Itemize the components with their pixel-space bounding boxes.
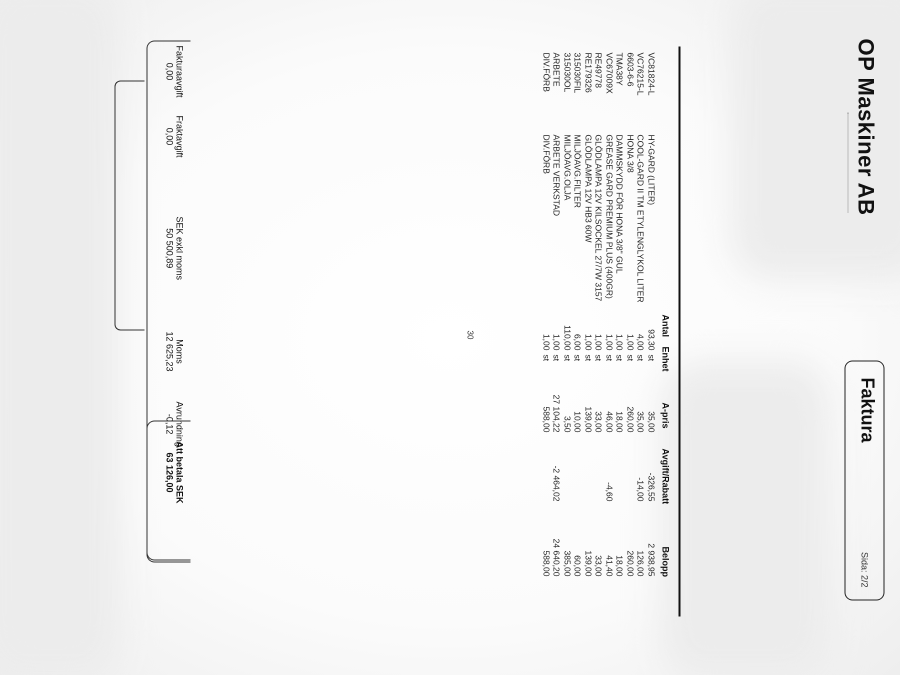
table-row: DIV.FÖRBDIV.FÖRB1,00st588,00588,00 xyxy=(541,46,552,616)
table-row: TMA38YDAMMSKYDD FÖR HONA 3/8" GUL1,00st1… xyxy=(614,46,625,616)
item-unit-price: 46,00 xyxy=(604,376,614,432)
table-row: VC81824-LHY-GARD (LITER)93,30st35,00-326… xyxy=(646,46,657,616)
to-pay-value: 63 126,00 xyxy=(164,441,174,503)
article-number: DIV.FÖRB xyxy=(541,52,551,91)
item-quantity: 110,00 xyxy=(562,294,572,350)
item-amount: 2 938,95 xyxy=(646,516,656,576)
item-amount: 24 640,20 xyxy=(552,516,562,576)
item-unit-price: 18,00 xyxy=(615,376,625,432)
item-unit: st xyxy=(615,354,625,361)
item-quantity: 1,00 xyxy=(615,294,625,350)
article-number: RE49778 xyxy=(594,52,604,87)
excl-vat-value: 50 500,89 xyxy=(164,216,174,280)
item-description: HONA 3/8 xyxy=(625,134,635,172)
item-description: MILJÖAVG.OLJA xyxy=(562,134,572,200)
item-description: DIV.FÖRB xyxy=(541,134,551,173)
item-discount: -326,55 xyxy=(646,441,656,501)
total-vat: Moms 12 625,23 xyxy=(164,331,184,371)
item-amount: 41,40 xyxy=(604,516,614,576)
item-amount: 60,00 xyxy=(573,516,583,576)
invoice-fee-value: 0,00 xyxy=(164,45,174,97)
table-row: 315030FILMILJÖAVG.FILTER6,00st10,0060,00 xyxy=(572,46,583,616)
item-unit: st xyxy=(573,354,583,361)
vat-value: 12 625,23 xyxy=(164,331,174,371)
column-header-unit-price: A-pris xyxy=(660,402,670,428)
total-freight-fee: Fraktavgift 0,00 xyxy=(164,115,184,157)
item-quantity: 93,30 xyxy=(646,294,656,350)
freight-fee-value: 0,00 xyxy=(164,115,174,157)
article-number: VC67009X xyxy=(604,52,614,93)
item-description: HY-GARD (LITER) xyxy=(646,134,656,205)
amount-to-pay-box: Att betala SEK 63 126,00 xyxy=(146,420,190,562)
document-title: Faktura xyxy=(856,377,877,442)
item-discount: -4,60 xyxy=(604,441,614,501)
payment-info-box xyxy=(114,80,144,330)
item-unit: st xyxy=(625,354,635,361)
item-description: GLÖDLAMPA 12V KILSOCKEL 27/7W 3157 xyxy=(594,134,604,301)
article-number: 6603-6-6 xyxy=(625,52,635,86)
table-rows: VC81824-LHY-GARD (LITER)93,30st35,00-326… xyxy=(541,46,657,616)
item-unit-price: 27 104,22 xyxy=(552,376,562,432)
item-quantity: 1,00 xyxy=(552,294,562,350)
item-unit-price: 35,00 xyxy=(646,376,656,432)
item-unit-price: 33,00 xyxy=(594,376,604,432)
table-row: ARBETEARBETE VERKSTAD1,00st27 104,22-2 4… xyxy=(551,46,562,616)
item-unit-price: 260,00 xyxy=(625,376,635,432)
item-quantity: 6,00 xyxy=(573,294,583,350)
item-amount: 126,00 xyxy=(636,516,646,576)
item-amount: 260,00 xyxy=(625,516,635,576)
item-amount: 588,00 xyxy=(541,516,551,576)
item-unit-price: 139,00 xyxy=(583,376,593,432)
redacted-region-bottom xyxy=(0,0,120,675)
invoice-fee-label: Fakturaavgift xyxy=(174,45,184,97)
item-description: ARBETE VERKSTAD xyxy=(552,134,562,216)
item-quantity: 1,00 xyxy=(594,294,604,350)
freight-fee-label: Fraktavgift xyxy=(174,115,184,157)
item-unit: st xyxy=(583,354,593,361)
table-row: RE179326GLÖDLAMPA 12V HB3 60W1,00st139,0… xyxy=(583,46,594,616)
page-indicator: Sida: 2/2 xyxy=(859,551,869,587)
item-discount: -2 464,02 xyxy=(552,441,562,501)
total-to-pay: Att betala SEK 63 126,00 xyxy=(164,441,184,503)
item-unit: st xyxy=(594,354,604,361)
column-header-amount: Belopp xyxy=(660,546,670,577)
column-header-quantity: Antal xyxy=(660,314,670,337)
table-row: 315030OLMILJÖAVG.OLJA110,00st3,50385,00 xyxy=(562,46,573,616)
item-description: DAMMSKYDD FÖR HONA 3/8" GUL xyxy=(615,134,625,273)
page-number: 30 xyxy=(465,330,474,339)
company-address-line xyxy=(841,112,848,212)
excl-vat-label: SEK exkl moms xyxy=(174,216,184,280)
item-description: MILJÖAVG.FILTER xyxy=(573,134,583,207)
item-quantity: 1,00 xyxy=(583,294,593,350)
item-description: GREASE GARD PREMIUM PLUS (400GR) xyxy=(604,134,614,298)
article-number: RE179326 xyxy=(583,52,593,92)
item-unit: st xyxy=(604,354,614,361)
to-pay-label: Att betala SEK xyxy=(174,441,184,503)
item-unit: st xyxy=(541,354,551,361)
item-unit-price: 35,00 xyxy=(636,376,646,432)
article-number: VC81824-L xyxy=(646,52,656,95)
item-quantity: 1,00 xyxy=(604,294,614,350)
column-header-unit: Enhet xyxy=(660,346,670,371)
redacted-region-top-right xyxy=(660,360,830,675)
item-unit: st xyxy=(636,354,646,361)
item-amount: 18,00 xyxy=(615,516,625,576)
company-name: OP Maskiner AB xyxy=(852,38,878,215)
article-number: VC76215-L xyxy=(636,52,646,95)
vat-label: Moms xyxy=(174,331,184,371)
total-invoice-fee: Fakturaavgift 0,00 xyxy=(164,45,184,97)
item-unit: st xyxy=(646,354,656,361)
item-unit: st xyxy=(552,354,562,361)
table-row: 6603-6-6HONA 3/81,00st260,00260,00 xyxy=(625,46,636,616)
item-amount: 33,00 xyxy=(594,516,604,576)
item-description: COOL-GARD II TM ETYLENGLYKOL LITER xyxy=(636,134,646,302)
article-number: 315030OL xyxy=(562,52,572,92)
table-row: RE49778GLÖDLAMPA 12V KILSOCKEL 27/7W 315… xyxy=(593,46,604,616)
item-description: GLÖDLAMPA 12V HB3 60W xyxy=(583,134,593,242)
invoice-line-table: Antal Enhet A-pris Avgift/Rabatt Belopp … xyxy=(410,46,680,616)
invoice-page: OP Maskiner AB Faktura Sida: 2/2 Antal E… xyxy=(0,0,900,675)
item-amount: 139,00 xyxy=(583,516,593,576)
item-unit-price: 10,00 xyxy=(573,376,583,432)
item-unit: st xyxy=(562,354,572,361)
article-number: 315030FIL xyxy=(573,52,583,93)
item-quantity: 4,00 xyxy=(636,294,646,350)
total-excl-vat: SEK exkl moms 50 500,89 xyxy=(164,216,184,280)
item-unit-price: 588,00 xyxy=(541,376,551,432)
table-row: VC67009XGREASE GARD PREMIUM PLUS (400GR)… xyxy=(604,46,615,616)
item-unit-price: 3,50 xyxy=(562,376,572,432)
article-number: ARBETE xyxy=(552,52,562,86)
table-row: VC76215-LCOOL-GARD II TM ETYLENGLYKOL LI… xyxy=(635,46,646,616)
item-quantity: 1,00 xyxy=(541,294,551,350)
article-number: TMA38Y xyxy=(615,52,625,85)
document-header-box: Faktura Sida: 2/2 xyxy=(844,360,884,600)
item-quantity: 1,00 xyxy=(625,294,635,350)
item-discount: -14,00 xyxy=(636,441,646,501)
item-amount: 385,00 xyxy=(562,516,572,576)
column-header-discount: Avgift/Rabatt xyxy=(660,448,670,504)
